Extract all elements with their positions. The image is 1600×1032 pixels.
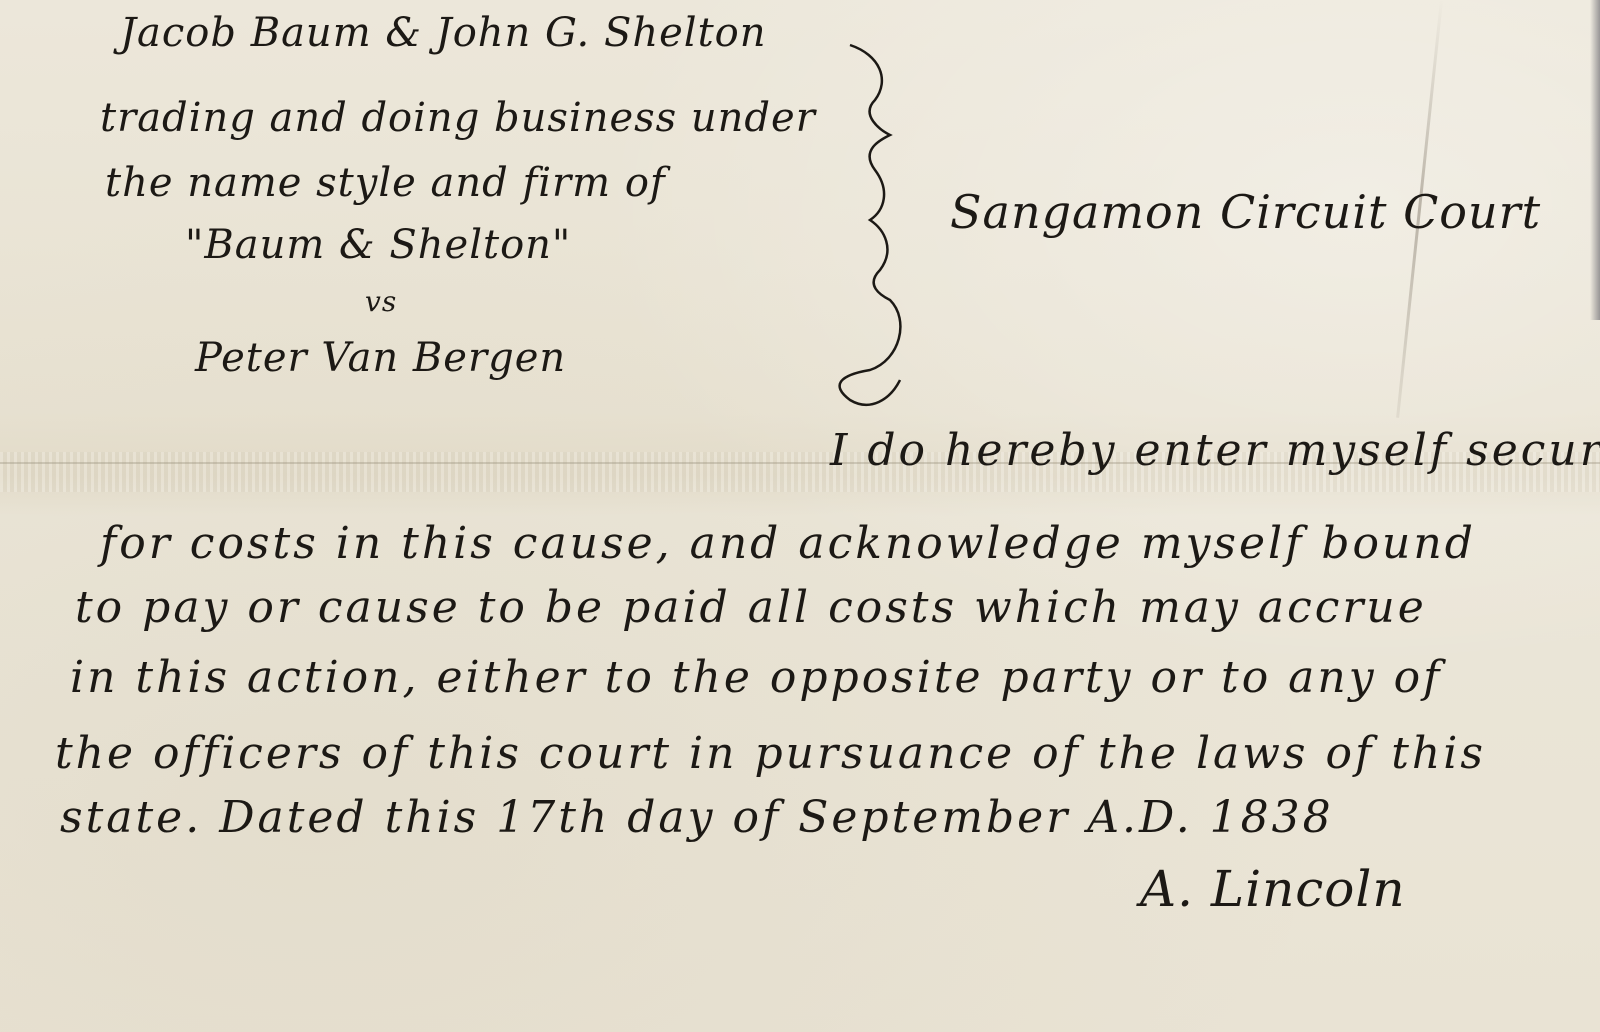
- caption-versus: vs: [365, 285, 397, 318]
- paper-edge-shadow: [1590, 0, 1600, 320]
- body-line-5: the officers of this court in pursuance …: [55, 728, 1486, 779]
- caption-firm-name: "Baum & Shelton": [185, 222, 571, 268]
- body-line-1: I do hereby enter myself security: [830, 425, 1600, 476]
- body-line-4: in this action, either to the opposite p…: [70, 652, 1442, 703]
- caption-plaintiffs-line-1: Jacob Baum & John G. Shelton: [120, 10, 767, 56]
- body-line-2: for costs in this cause, and acknowledge…: [100, 518, 1476, 569]
- caption-brace: [820, 40, 910, 420]
- caption-plaintiffs-line-3: the name style and firm of: [105, 160, 666, 206]
- document-page: Jacob Baum & John G. Shelton trading and…: [0, 0, 1600, 1032]
- body-line-6-date: state. Dated this 17th day of September …: [60, 792, 1334, 843]
- court-name: Sangamon Circuit Court: [950, 185, 1541, 239]
- caption-defendant: Peter Van Bergen: [195, 335, 566, 381]
- body-line-3: to pay or cause to be paid all costs whi…: [75, 582, 1427, 633]
- caption-plaintiffs-line-2: trading and doing business under: [100, 95, 816, 141]
- signature: A. Lincoln: [1140, 860, 1406, 918]
